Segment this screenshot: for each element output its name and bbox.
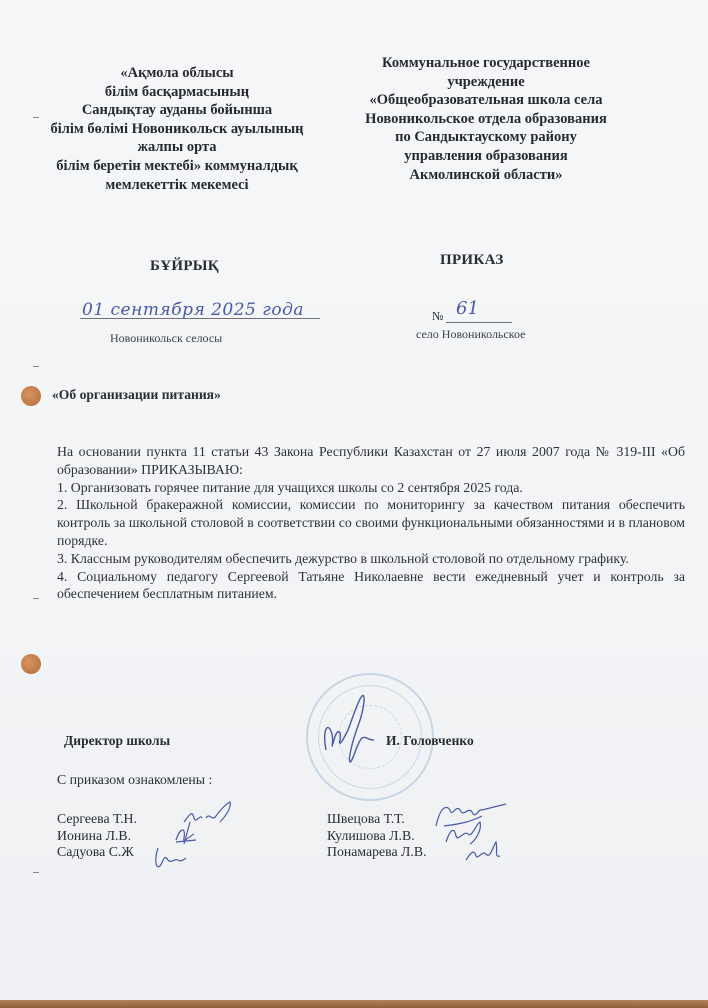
hole-punch [21, 386, 41, 406]
fold-mark [33, 366, 39, 367]
place-kz: Новоникольск селосы [110, 331, 222, 346]
acknowledged-person: Швецова Т.Т. [327, 811, 427, 828]
body-paragraph: 2. Школьной бракеражной комиссии, комисс… [57, 496, 685, 549]
header-ru-line: Новоникольское отдела образования [340, 110, 632, 129]
date-handwritten: 01 сентября 2025 года [82, 300, 304, 320]
header-kz: «Ақмола облысы білім басқармасының Санды… [14, 64, 340, 194]
header-kz-line: білім басқармасының [14, 83, 340, 102]
header-ru: Коммунальное государственное учреждение … [340, 54, 632, 184]
place-ru: село Новоникольское [416, 327, 525, 342]
header-kz-line: «Ақмола облысы [14, 64, 340, 83]
number-underline [446, 322, 512, 323]
header-ru-line: управления образования [340, 147, 632, 166]
acknowledged-person: Кулишова Л.В. [327, 828, 427, 845]
signature-icon [150, 840, 190, 874]
hole-punch [21, 654, 41, 674]
title-kz: БҰЙРЫҚ [150, 258, 219, 275]
acknowledged-left: Сергеева Т.Н. Ионина Л.В. Садуова С.Ж [57, 811, 137, 861]
acknowledged-right: Швецова Т.Т. Кулишова Л.В. Понамарева Л.… [327, 811, 427, 861]
table-surface [0, 1000, 708, 1008]
header-kz-line: білім бөлімі Новоникольск ауылының [14, 120, 340, 139]
title-ru: ПРИКАЗ [440, 252, 504, 269]
signature-icon [462, 838, 506, 866]
header-ru-line: Акмолинской области» [340, 166, 632, 185]
body-paragraph: 1. Организовать горячее питание для учащ… [57, 479, 685, 497]
acknowledged-person: Садуова С.Ж [57, 844, 137, 861]
header-kz-line: мемлекеттік мекемесі [14, 176, 340, 195]
acknowledged-person: Понамарева Л.В. [327, 844, 427, 861]
header-ru-line: по Сандыктаускому району [340, 128, 632, 147]
director-signature-icon [318, 690, 388, 770]
body-paragraph: 3. Классным руководителям обеспечить деж… [57, 550, 685, 568]
header-ru-line: «Общеобразовательная школа села [340, 91, 632, 110]
header-ru-line: Коммунальное государственное [340, 54, 632, 73]
order-body: На основании пункта 11 статьи 43 Закона … [57, 443, 685, 603]
acknowledged-person: Ионина Л.В. [57, 828, 137, 845]
body-paragraph: На основании пункта 11 статьи 43 Закона … [57, 443, 685, 479]
signature-role: Директор школы [64, 733, 170, 749]
document-page: «Ақмола облысы білім басқармасының Санды… [0, 0, 708, 1000]
acknowledgement-label: С приказом ознакомлены : [57, 772, 212, 788]
body-paragraph: 4. Социальному педагогу Сергеевой Татьян… [57, 568, 685, 604]
signature-name: И. Головченко [386, 733, 474, 749]
order-number-handwritten: 61 [456, 298, 479, 319]
number-label: № [432, 309, 443, 324]
fold-mark [33, 598, 39, 599]
header-kz-line: білім беретін мектебі» коммуналдық [14, 157, 340, 176]
fold-mark [33, 872, 39, 873]
order-subject: «Об организации питания» [52, 387, 221, 403]
header-kz-line: Сандықтау ауданы бойынша [14, 101, 340, 120]
header-kz-line: жалпы орта [14, 138, 340, 157]
header-ru-line: учреждение [340, 73, 632, 92]
acknowledged-person: Сергеева Т.Н. [57, 811, 137, 828]
